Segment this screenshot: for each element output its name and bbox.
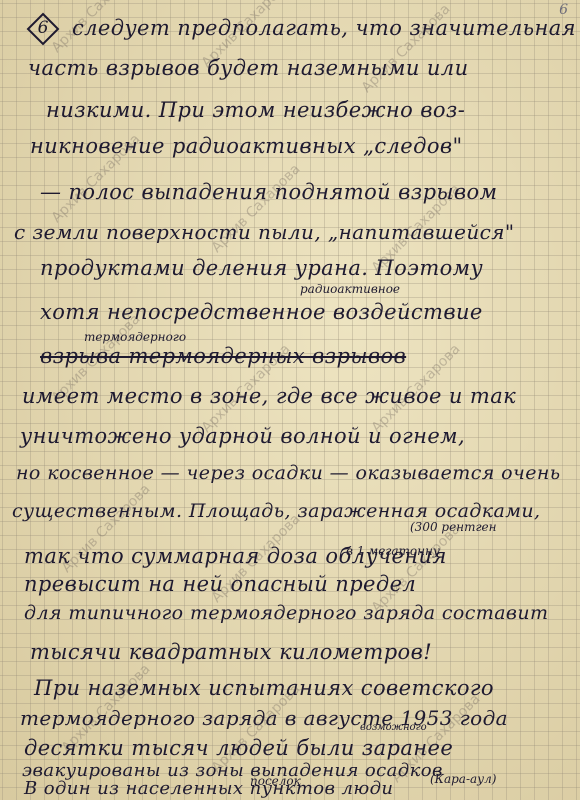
section-number: 6 xyxy=(26,18,60,38)
margin-note-radioactive: радиоактивное xyxy=(300,282,400,296)
handwritten-line-9-struck: взрыва термоядерных взрывов xyxy=(40,344,406,368)
handwritten-line-3: низкими. При этом неизбежно воз- xyxy=(46,98,465,122)
handwritten-line-10: имеет место в зоне, где все живое и так xyxy=(22,384,516,408)
margin-note-kara-aul: (Кара-аул) xyxy=(430,772,496,786)
handwritten-line-13: существенным. Площадь, зараженная осадка… xyxy=(12,500,541,522)
handwritten-line-8: хотя непосредственное воздействие xyxy=(40,300,483,324)
margin-note-1-megaton: в 1 мегатонну xyxy=(346,544,440,558)
margin-note-thermonuclear: термоядерного xyxy=(84,330,186,344)
handwritten-line-12: но косвенное — через осадки — оказываетс… xyxy=(16,462,561,484)
handwritten-line-5: — полос выпадения поднятой взрывом xyxy=(40,180,497,204)
handwritten-line-2: часть взрывов будет наземными или xyxy=(28,56,469,80)
handwritten-line-20: десятки тысяч людей были заранее xyxy=(24,736,453,760)
handwritten-line-18: При наземных испытаниях советского xyxy=(34,676,494,700)
handwritten-line-15: превысит на ней опасный предел xyxy=(24,572,416,596)
handwritten-line-17: тысячи квадратных километров! xyxy=(30,640,432,664)
handwritten-line-6: с земли поверхности пыли, „напитавшейся" xyxy=(14,220,515,244)
margin-note-300-roentgen: (300 рентген xyxy=(410,520,497,534)
handwritten-line-1: следует предполагать, что значительная xyxy=(72,16,576,40)
handwritten-line-4: никновение радиоактивных „следов" xyxy=(30,134,463,158)
handwritten-line-19: термоядерного заряда в августе 1953 года xyxy=(20,706,508,730)
margin-note-possible: возможного xyxy=(360,722,427,733)
handwritten-line-22: В один из населенных пунктов люди xyxy=(24,778,393,799)
handwritten-line-11: уничтожено ударной волной и огнем, xyxy=(20,424,465,448)
manuscript-page: 6 6 Архив Сахарова Архив Сахарова Архив … xyxy=(0,0,580,800)
section-marker-diamond: 6 xyxy=(26,12,60,46)
handwritten-line-16: для типичного термоядерного заряда соста… xyxy=(24,602,548,624)
handwritten-line-7: продуктами деления урана. Поэтому xyxy=(40,256,483,280)
